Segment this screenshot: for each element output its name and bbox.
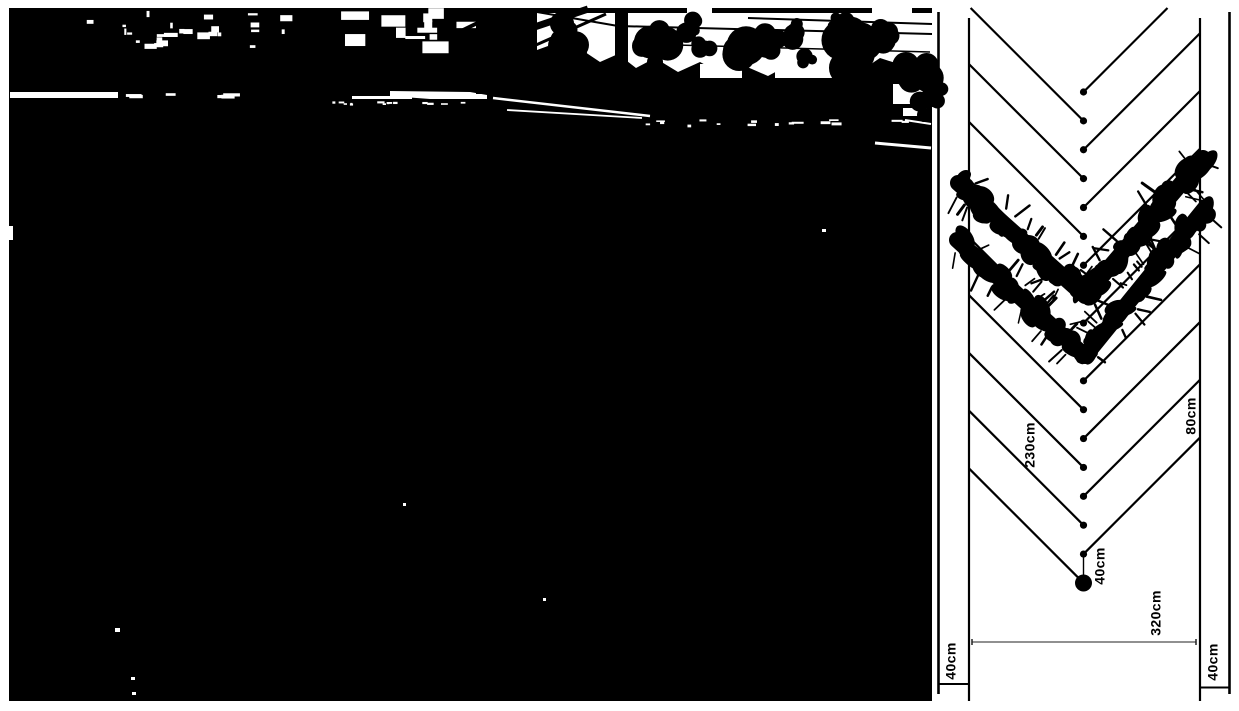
label-plant-spacing: 40cm [1092, 547, 1108, 584]
label-left-margin: 40cm [943, 642, 959, 679]
figure-canvas: 230cm 80cm 40cm 320cm 40cm 40cm [0, 0, 1239, 711]
label-row-length: 230cm [1022, 422, 1038, 468]
bed-width-dimension [972, 639, 1196, 645]
post [615, 8, 628, 76]
label-bed-width: 320cm [1148, 590, 1164, 636]
label-row-gap: 80cm [1183, 397, 1199, 434]
photo-base [9, 8, 932, 701]
patent-figure-page: 230cm 80cm 40cm 320cm 40cm 40cm [0, 0, 1239, 711]
label-right-margin: 40cm [1205, 643, 1221, 680]
greenhouse-photo [9, 8, 948, 701]
planting-layout-diagram: 230cm 80cm 40cm 320cm 40cm 40cm [938, 8, 1231, 701]
